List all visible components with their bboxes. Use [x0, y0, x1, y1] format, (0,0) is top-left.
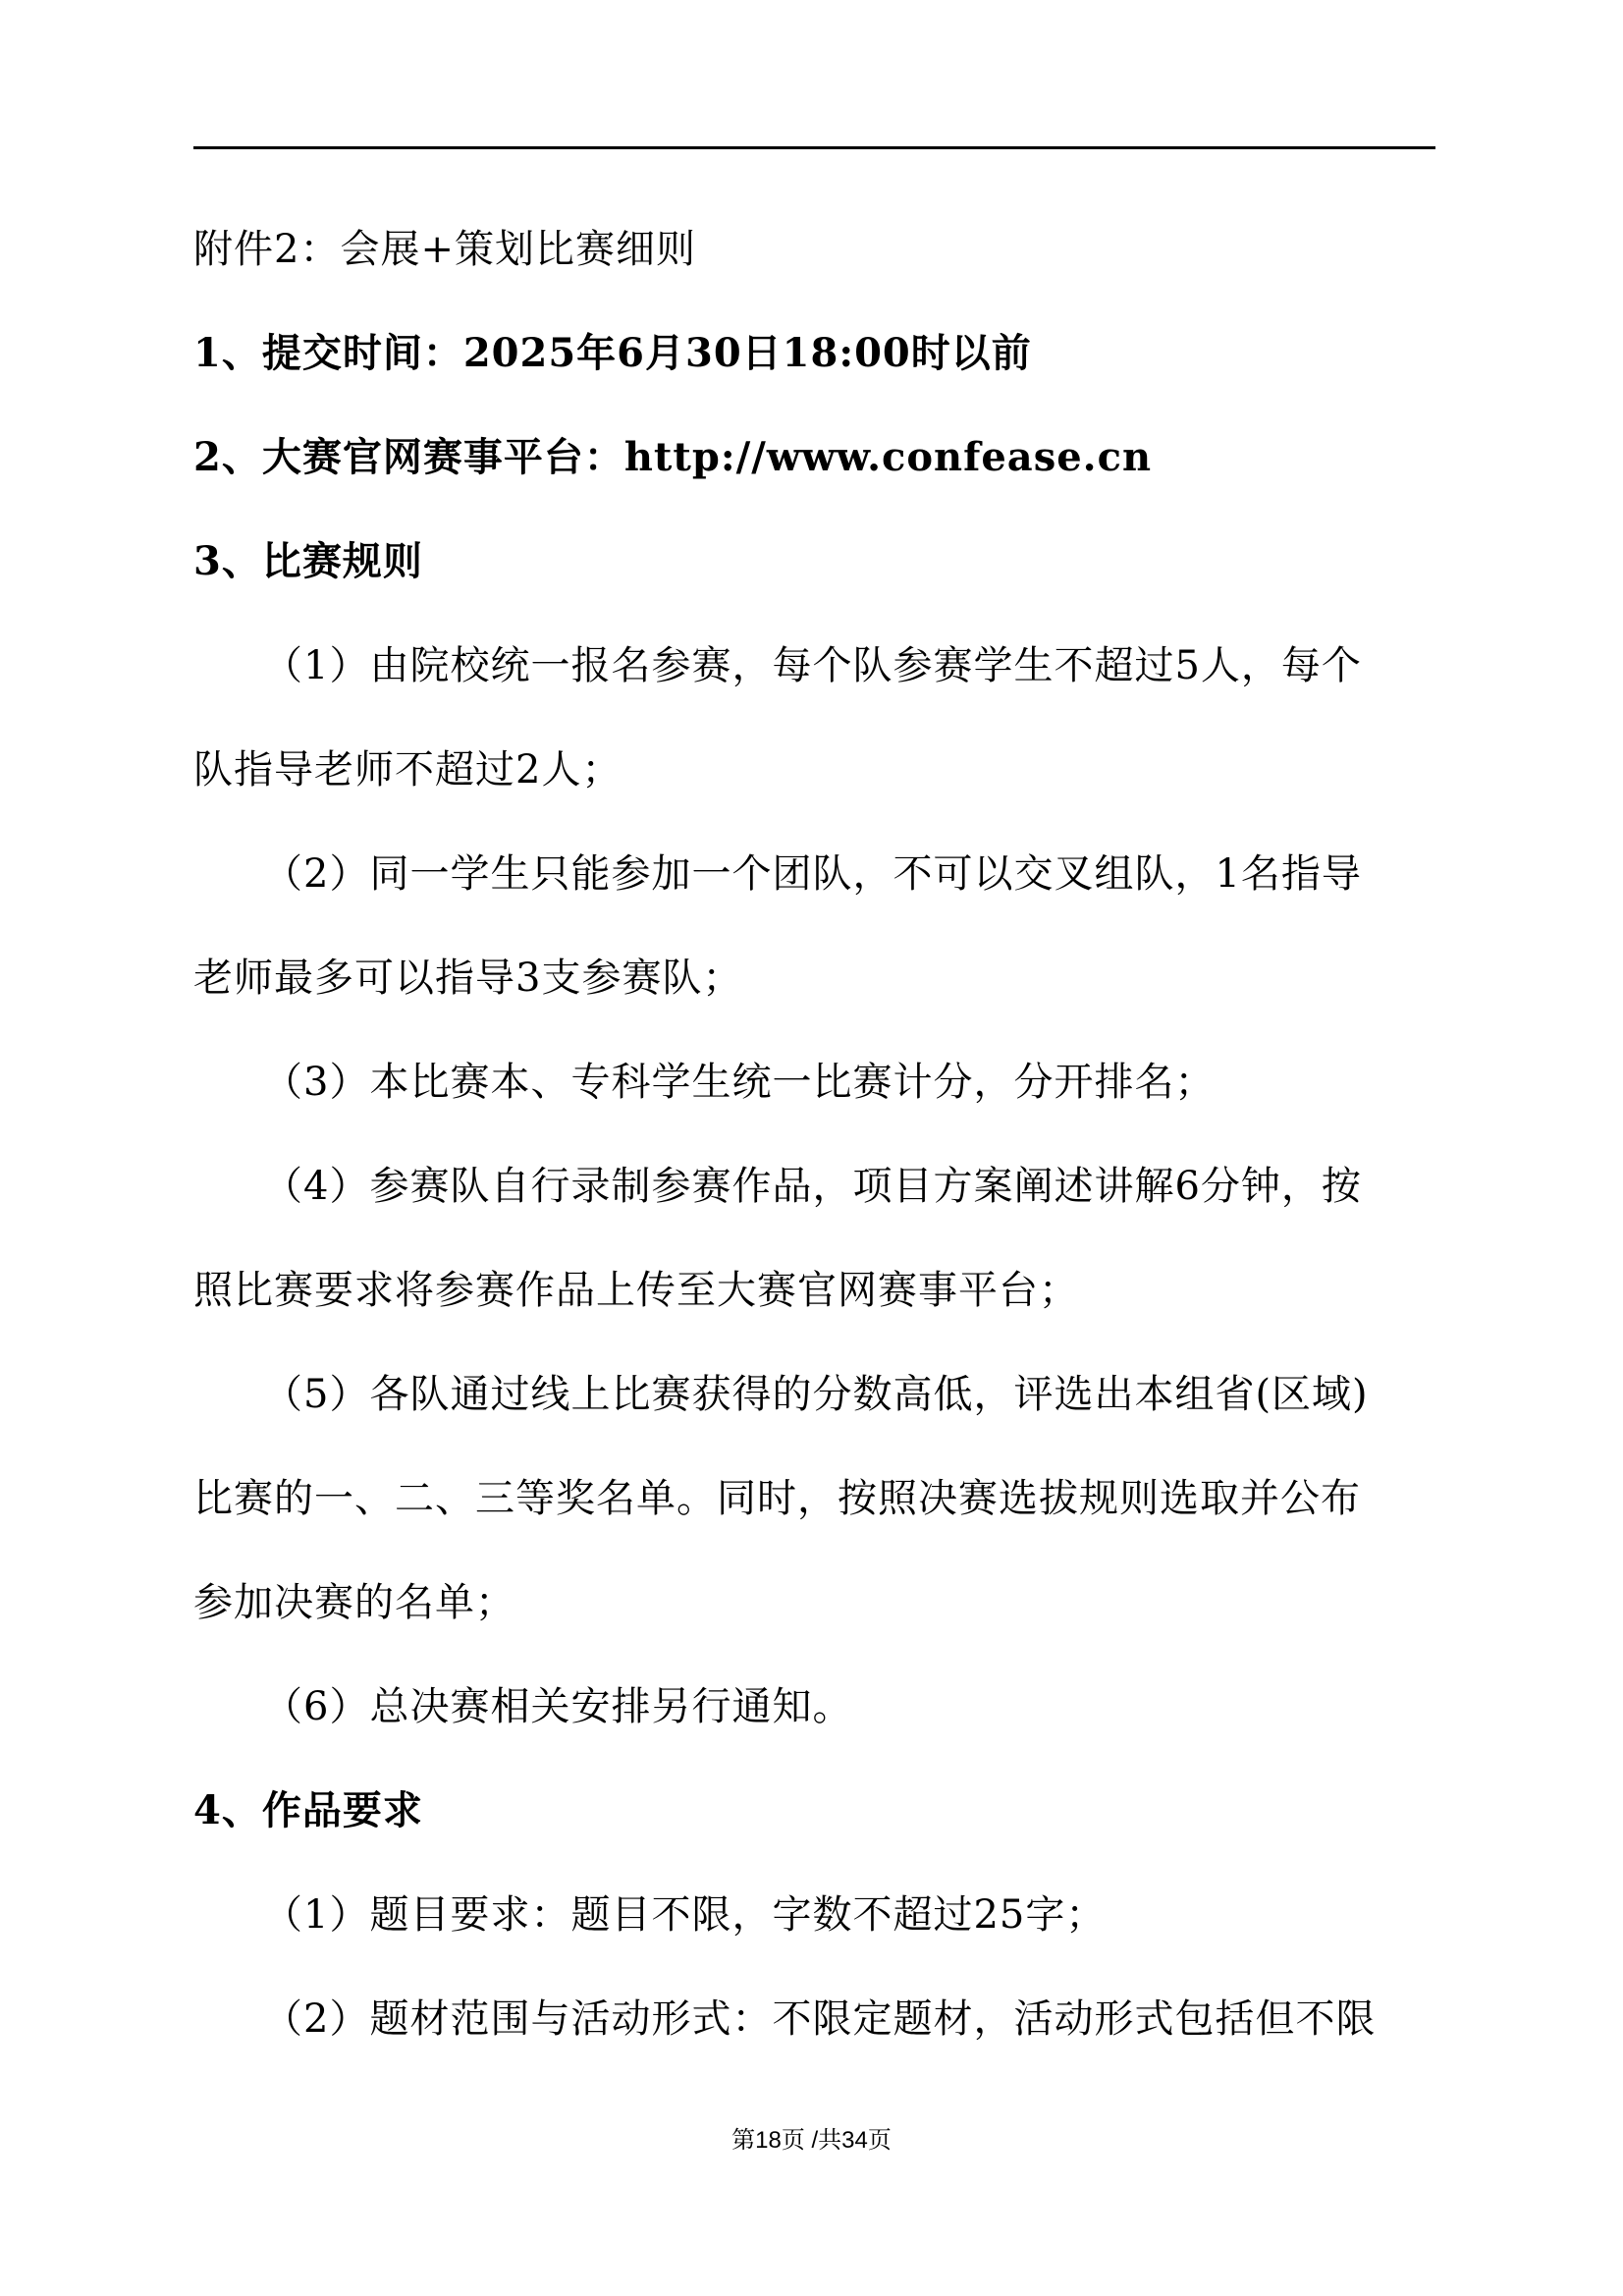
page-footer: 第18页 /共34页	[0, 2127, 1623, 2155]
rule-2-line1: （2）同一学生只能参加一个团队，不可以交叉组队，1名指导	[263, 850, 1362, 898]
submit-time: 1、提交时间：2025年6月30日18:00时以前	[193, 330, 1032, 377]
rules-heading: 3、比赛规则	[193, 538, 423, 585]
works-heading: 4、作品要求	[193, 1787, 423, 1834]
rule-4-line2: 照比赛要求将参赛作品上传至大赛官网赛事平台；	[193, 1267, 1079, 1314]
rule-2-line2: 老师最多可以指导3支参赛队；	[193, 955, 742, 1002]
rule-1-line1: （1）由院校统一报名参赛，每个队参赛学生不超过5人，每个	[263, 642, 1362, 689]
works-2-line1: （2）题材范围与活动形式：不限定题材，活动形式包括但不限	[263, 1995, 1376, 2043]
rule-5-line2: 比赛的一、二、三等奖名单。同时，按照决赛选拔规则选取并公布	[193, 1475, 1361, 1522]
header-rule	[193, 146, 1435, 149]
rule-6: （6）总决赛相关安排另行通知。	[263, 1683, 852, 1730]
rule-3: （3）本比赛本、专科学生统一比赛计分，分开排名；	[263, 1059, 1215, 1106]
works-1: （1）题目要求：题目不限，字数不超过25字；	[263, 1891, 1106, 1939]
rule-1-line2: 队指导老师不超过2人；	[193, 746, 622, 793]
page-title: 附件2：会展+策划比赛细则	[193, 226, 696, 273]
rule-5-line1: （5）各队通过线上比赛获得的分数高低，评选出本组省(区域)	[263, 1371, 1369, 1418]
rule-4-line1: （4）参赛队自行录制参赛作品，项目方案阐述讲解6分钟，按	[263, 1163, 1362, 1210]
platform-url: 2、大赛官网赛事平台：http://www.confease.cn	[193, 434, 1152, 481]
rule-5-line3: 参加决赛的名单；	[193, 1579, 515, 1626]
